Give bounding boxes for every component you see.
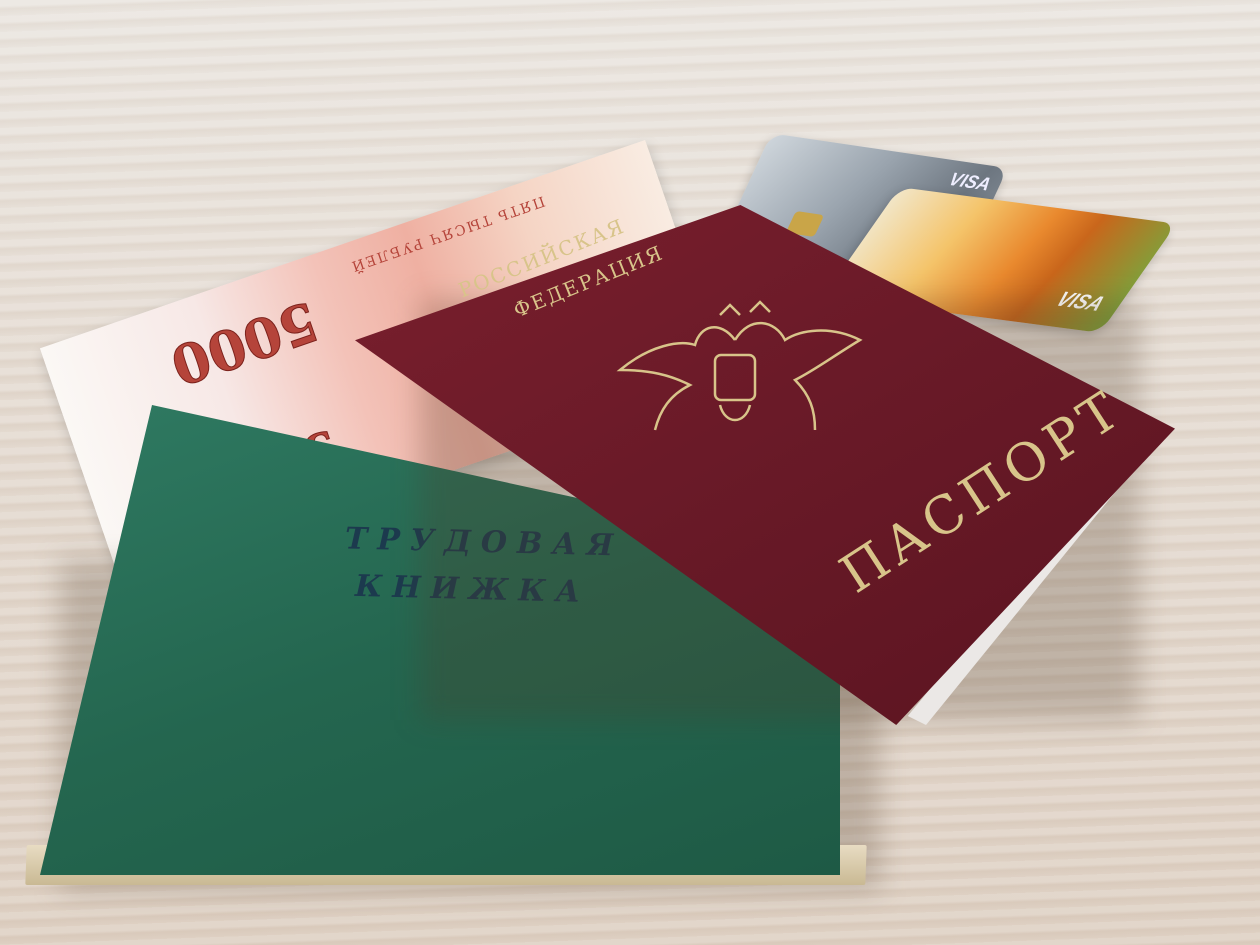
card-brand: VISA (945, 169, 994, 196)
banknote-denomination: 5000 (163, 289, 326, 398)
double-headed-eagle-icon (600, 300, 870, 450)
photo-scene: VISA VISA 5000 1997 ПЯТЬ ТЫСЯЧ РУБЛЕЙ 50… (0, 0, 1260, 945)
